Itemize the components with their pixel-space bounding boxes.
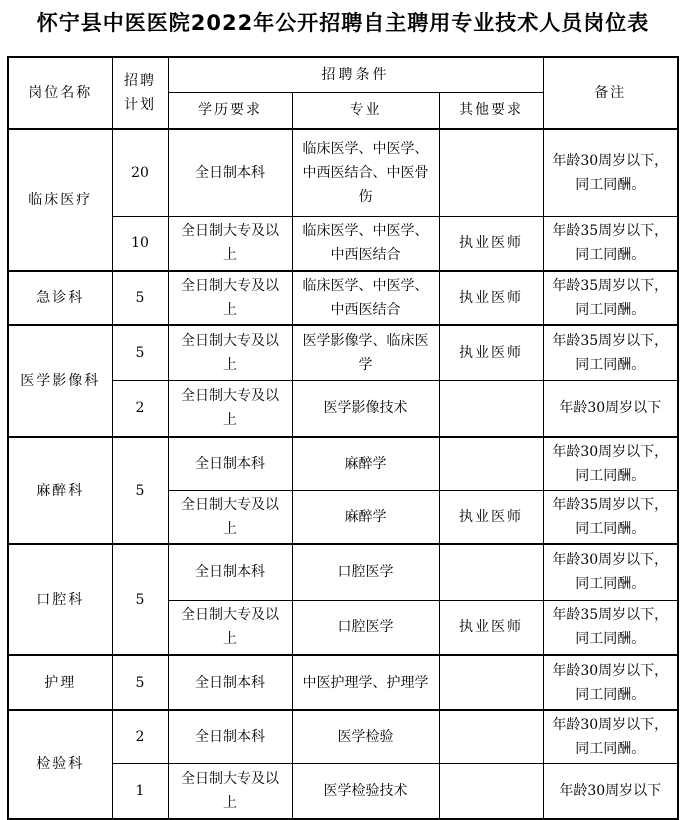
cell-major: 临床医学、中医学、中西医结合 (292, 216, 439, 271)
page-title: 怀宁县中医医院2022年公开招聘自主聘用专业技术人员岗位表 (0, 8, 686, 38)
cell-position: 临床医疗 (8, 129, 112, 271)
table-row: 急诊科 5 全日制大专及以上 临床医学、中医学、中西医结合 执业医师 年龄35周… (8, 271, 678, 325)
cell-plan: 2 (112, 710, 168, 764)
cell-plan: 5 (112, 271, 168, 325)
cell-position: 急诊科 (8, 271, 112, 325)
header-other: 其他要求 (439, 92, 543, 129)
cell-remark: 年龄30周岁以下，同工同酬。 (543, 655, 678, 710)
cell-remark: 年龄30周岁以下，同工同酬。 (543, 129, 678, 216)
cell-education: 全日制大专及以上 (168, 491, 292, 545)
cell-other: 执业医师 (439, 325, 543, 380)
cell-plan: 5 (112, 437, 168, 544)
table-row: 医学影像科 5 全日制大专及以上 医学影像学、临床医学 执业医师 年龄35周岁以… (8, 325, 678, 380)
cell-education: 全日制本科 (168, 437, 292, 491)
job-position-table: 岗位名称 招聘计划 招聘条件 备注 学历要求 专业 其他要求 临床医疗 20 全… (7, 56, 679, 820)
cell-plan: 20 (112, 129, 168, 216)
cell-remark: 年龄35周岁以下，同工同酬。 (543, 491, 678, 545)
table-row: 检验科 2 全日制本科 医学检验 年龄30周岁以下，同工同酬。 (8, 710, 678, 764)
cell-plan: 5 (112, 544, 168, 655)
cell-other (439, 544, 543, 600)
cell-education: 全日制大专及以上 (168, 325, 292, 380)
cell-major: 口腔医学 (292, 600, 439, 655)
cell-position: 医学影像科 (8, 325, 112, 437)
table-header: 岗位名称 招聘计划 招聘条件 备注 学历要求 专业 其他要求 (8, 57, 678, 129)
cell-other (439, 437, 543, 491)
cell-education: 全日制本科 (168, 544, 292, 600)
cell-plan: 5 (112, 325, 168, 380)
cell-position: 护理 (8, 655, 112, 710)
cell-education: 全日制本科 (168, 655, 292, 710)
cell-major: 临床医学、中医学、中西医结合 (292, 271, 439, 325)
cell-education: 全日制大专及以上 (168, 600, 292, 655)
cell-other: 执业医师 (439, 491, 543, 545)
cell-plan: 1 (112, 764, 168, 819)
cell-position: 口腔科 (8, 544, 112, 655)
cell-other (439, 764, 543, 819)
cell-major: 临床医学、中医学、中西医结合、中医骨伤 (292, 129, 439, 216)
header-conditions: 招聘条件 (168, 57, 543, 92)
cell-education: 全日制大专及以上 (168, 271, 292, 325)
cell-education: 全日制大专及以上 (168, 216, 292, 271)
cell-education: 全日制大专及以上 (168, 764, 292, 819)
cell-position: 检验科 (8, 710, 112, 819)
table-row: 口腔科 5 全日制本科 口腔医学 年龄30周岁以下，同工同酬。 (8, 544, 678, 600)
cell-major: 麻醉学 (292, 491, 439, 545)
cell-remark: 年龄35周岁以下，同工同酬。 (543, 216, 678, 271)
cell-position: 麻醉科 (8, 437, 112, 544)
table-row: 麻醉科 5 全日制本科 麻醉学 年龄30周岁以下，同工同酬。 (8, 437, 678, 491)
cell-remark: 年龄30周岁以下，同工同酬。 (543, 710, 678, 764)
cell-other (439, 655, 543, 710)
cell-remark: 年龄35周岁以下，同工同酬。 (543, 325, 678, 380)
header-education: 学历要求 (168, 92, 292, 129)
cell-other: 执业医师 (439, 271, 543, 325)
cell-remark: 年龄30周岁以下，同工同酬。 (543, 544, 678, 600)
cell-major: 医学检验技术 (292, 764, 439, 819)
cell-remark: 年龄35周岁以下，同工同酬。 (543, 600, 678, 655)
cell-major: 医学影像技术 (292, 380, 439, 437)
header-position: 岗位名称 (8, 57, 112, 129)
cell-remark: 年龄30周岁以下 (543, 764, 678, 819)
cell-major: 中医护理学、护理学 (292, 655, 439, 710)
header-major: 专业 (292, 92, 439, 129)
cell-remark: 年龄35周岁以下，同工同酬。 (543, 271, 678, 325)
cell-education: 全日制本科 (168, 710, 292, 764)
cell-education: 全日制大专及以上 (168, 380, 292, 437)
cell-other (439, 710, 543, 764)
table-row: 护理 5 全日制本科 中医护理学、护理学 年龄30周岁以下，同工同酬。 (8, 655, 678, 710)
table-row: 临床医疗 20 全日制本科 临床医学、中医学、中西医结合、中医骨伤 年龄30周岁… (8, 129, 678, 216)
cell-major: 麻醉学 (292, 437, 439, 491)
document-page: 怀宁县中医医院2022年公开招聘自主聘用专业技术人员岗位表 岗位名称 招聘计划 … (0, 0, 686, 820)
cell-plan: 10 (112, 216, 168, 271)
cell-other: 执业医师 (439, 216, 543, 271)
cell-major: 医学影像学、临床医学 (292, 325, 439, 380)
cell-plan: 2 (112, 380, 168, 437)
cell-other: 执业医师 (439, 600, 543, 655)
table-body: 临床医疗 20 全日制本科 临床医学、中医学、中西医结合、中医骨伤 年龄30周岁… (8, 129, 678, 819)
cell-major: 口腔医学 (292, 544, 439, 600)
cell-plan: 5 (112, 655, 168, 710)
cell-education: 全日制本科 (168, 129, 292, 216)
header-row-1: 岗位名称 招聘计划 招聘条件 备注 (8, 57, 678, 92)
cell-other (439, 380, 543, 437)
header-plan: 招聘计划 (112, 57, 168, 129)
cell-remark: 年龄30周岁以下，同工同酬。 (543, 437, 678, 491)
cell-remark: 年龄30周岁以下 (543, 380, 678, 437)
header-remark: 备注 (543, 57, 678, 129)
cell-other (439, 129, 543, 216)
cell-major: 医学检验 (292, 710, 439, 764)
